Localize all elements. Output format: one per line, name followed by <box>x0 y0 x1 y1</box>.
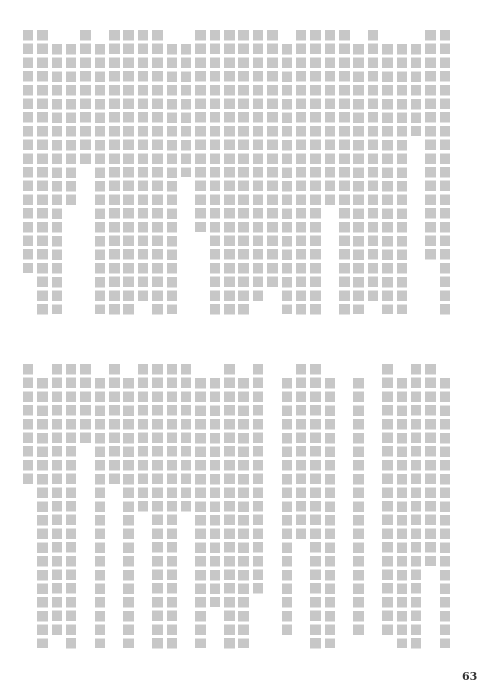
text-line <box>23 364 34 484</box>
text-line <box>52 44 63 315</box>
page-number: 63 <box>462 670 477 683</box>
text-line <box>109 30 120 315</box>
text-line <box>325 378 336 649</box>
text-column <box>208 364 222 662</box>
text-column <box>423 364 437 662</box>
text-line <box>282 378 293 635</box>
text-column <box>380 364 394 662</box>
text-line <box>181 364 192 512</box>
text-line <box>37 378 48 649</box>
text-column <box>93 30 107 320</box>
text-column <box>150 364 164 662</box>
text-column <box>150 30 164 320</box>
text-line <box>181 44 192 178</box>
text-column <box>179 364 193 662</box>
text-line <box>152 364 163 649</box>
text-line <box>95 44 106 315</box>
text-line <box>382 364 393 635</box>
text-column <box>222 364 236 662</box>
text-column <box>308 364 322 662</box>
text-line <box>282 44 293 315</box>
text-line <box>167 364 178 649</box>
text-column <box>380 30 394 320</box>
text-column <box>222 30 236 320</box>
text-line <box>325 30 336 205</box>
text-column <box>193 30 207 320</box>
text-line <box>353 44 364 315</box>
text-column <box>64 364 78 662</box>
text-column <box>280 30 294 320</box>
text-column <box>323 30 337 320</box>
text-line <box>195 378 206 649</box>
text-column <box>165 30 179 320</box>
text-line <box>296 364 307 539</box>
text-column <box>50 30 64 320</box>
text-line <box>253 364 264 594</box>
text-line <box>80 364 91 443</box>
text-line <box>310 364 321 649</box>
text-column <box>208 30 222 320</box>
text-line <box>310 30 321 315</box>
text-line <box>440 378 451 649</box>
text-line <box>66 44 77 205</box>
text-column <box>93 364 107 662</box>
text-line <box>353 378 364 635</box>
text-line <box>368 30 379 301</box>
text-column <box>136 30 150 320</box>
text-column <box>107 30 121 320</box>
text-line <box>425 30 436 260</box>
text-column <box>423 30 437 320</box>
text-column <box>251 30 265 320</box>
text-line <box>382 44 393 315</box>
text-column <box>107 364 121 662</box>
blank-line <box>265 364 279 662</box>
text-line <box>339 30 350 315</box>
text-column <box>308 30 322 320</box>
text-column <box>78 30 92 320</box>
text-column <box>337 30 351 320</box>
text-column <box>50 364 64 662</box>
text-line <box>138 364 149 512</box>
text-column <box>409 30 423 320</box>
text-column <box>351 30 365 320</box>
text-line <box>267 30 278 287</box>
text-column <box>179 30 193 320</box>
text-line <box>80 30 91 164</box>
text-column <box>438 30 452 320</box>
text-line <box>195 30 206 232</box>
text-line <box>224 30 235 315</box>
text-line <box>123 378 134 649</box>
text-column <box>265 30 279 320</box>
text-line <box>253 30 264 301</box>
text-column <box>21 364 35 662</box>
text-column <box>280 364 294 662</box>
text-column <box>21 30 35 320</box>
text-line <box>52 364 63 635</box>
text-line <box>66 364 77 649</box>
text-line <box>238 378 249 649</box>
text-line <box>425 364 436 566</box>
text-column <box>121 30 135 320</box>
text-line <box>440 30 451 315</box>
text-line <box>210 378 221 608</box>
text-column <box>294 364 308 662</box>
text-column <box>78 364 92 662</box>
text-line <box>411 44 422 137</box>
text-line <box>23 30 34 273</box>
text-column <box>136 364 150 662</box>
text-line <box>224 364 235 649</box>
text-line <box>37 30 48 315</box>
text-column <box>193 364 207 662</box>
text-line <box>152 30 163 315</box>
text-column <box>438 364 452 662</box>
text-line <box>167 44 178 315</box>
text-column <box>35 30 49 320</box>
text-line <box>296 30 307 315</box>
text-column <box>165 364 179 662</box>
blank-line <box>337 364 351 662</box>
text-column <box>294 30 308 320</box>
text-column <box>395 364 409 662</box>
text-line <box>210 30 221 315</box>
text-line <box>109 364 120 484</box>
text-column <box>409 364 423 662</box>
text-column <box>351 364 365 662</box>
text-column <box>323 364 337 662</box>
text-column <box>251 364 265 662</box>
text-line <box>238 30 249 315</box>
text-block-upper <box>21 30 452 320</box>
text-line <box>95 378 106 649</box>
text-column <box>395 30 409 320</box>
text-column <box>35 364 49 662</box>
text-column <box>366 30 380 320</box>
text-column <box>236 30 250 320</box>
text-line <box>123 30 134 315</box>
text-column <box>121 364 135 662</box>
text-line <box>397 44 408 315</box>
text-column <box>236 364 250 662</box>
text-line <box>397 378 408 649</box>
text-line <box>411 364 422 649</box>
text-column <box>64 30 78 320</box>
text-line <box>138 30 149 301</box>
blank-line <box>366 364 380 662</box>
text-block-lower <box>21 364 452 662</box>
